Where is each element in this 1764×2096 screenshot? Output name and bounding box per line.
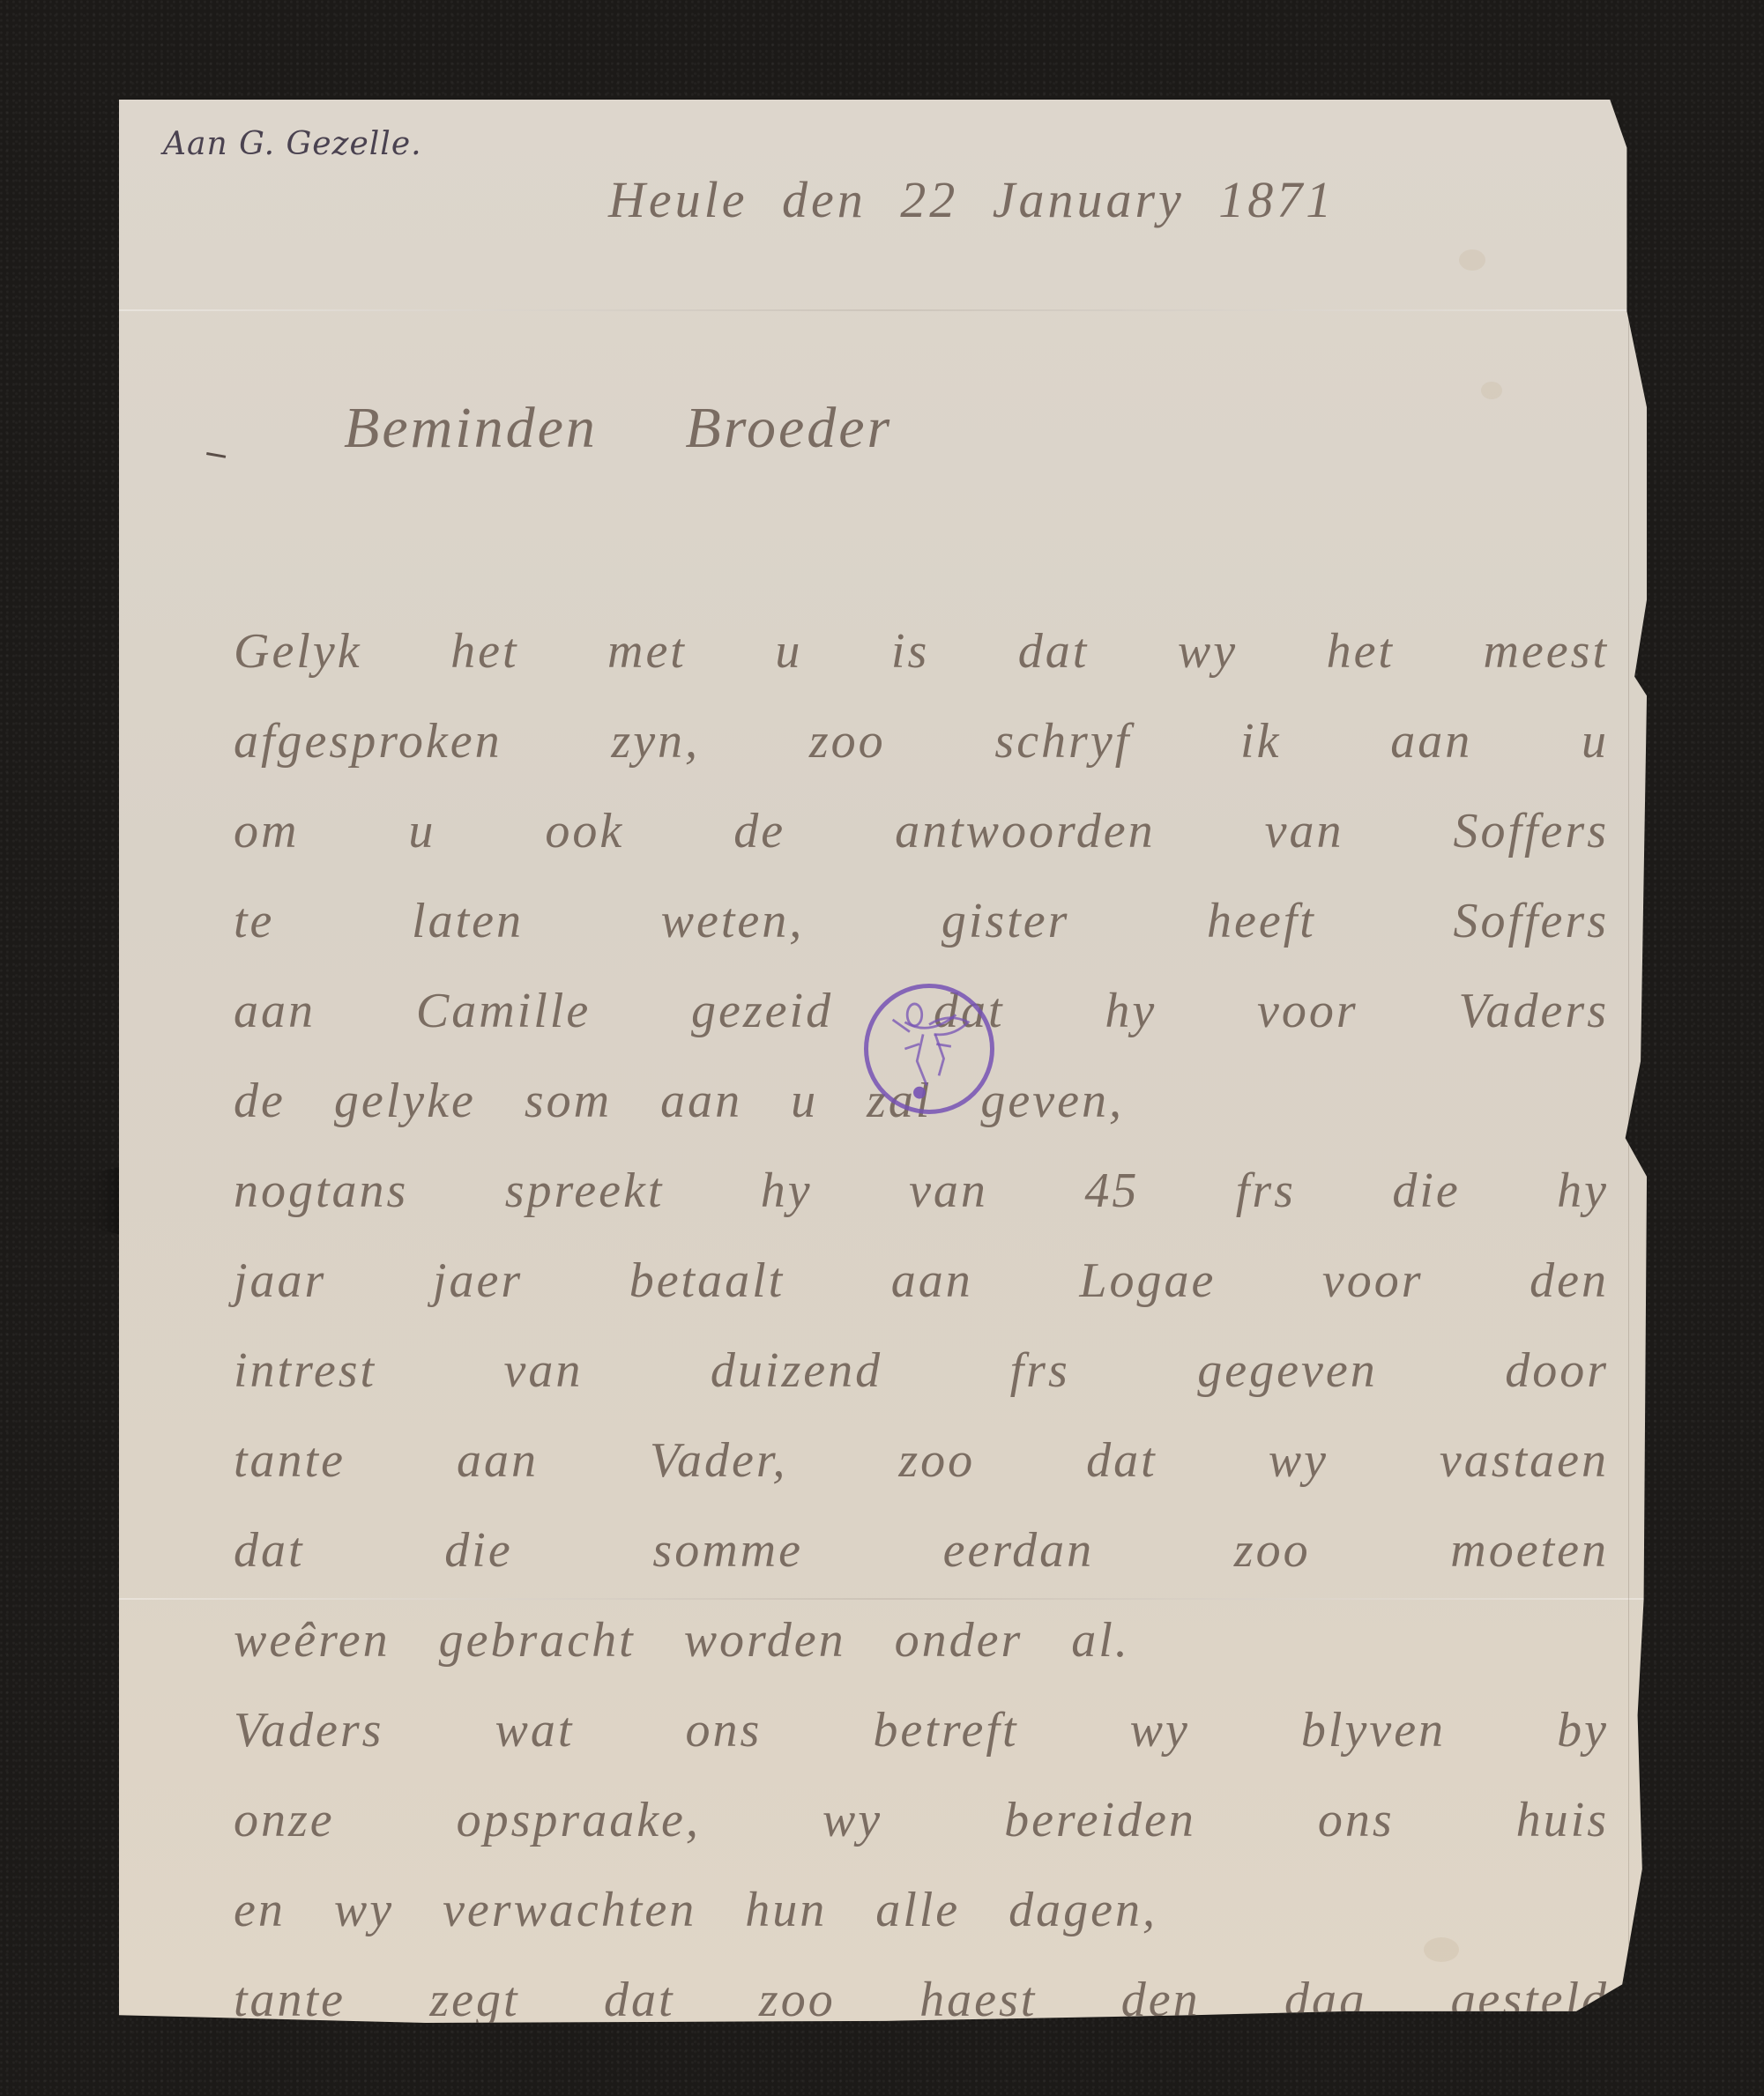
- body-line: en wy verwachten hun alle dagen,: [234, 1865, 1609, 1955]
- body-line: intrest van duizend frs gegeven door: [234, 1326, 1609, 1416]
- body-line: weêren gebracht worden onder al.: [234, 1595, 1609, 1685]
- body-line: tante aan Vader, zoo dat wy vastaen: [234, 1416, 1609, 1505]
- insect-emblem-icon: [868, 988, 990, 1110]
- fold-crease-right: [1628, 100, 1629, 2023]
- letter-salutation: Beminden Broeder: [344, 395, 892, 462]
- archival-annotation: Aan G. Gezelle.: [163, 126, 422, 162]
- margin-mark: [206, 443, 227, 458]
- body-line: jaar jaer betaalt aan Logae voor den: [234, 1236, 1609, 1326]
- letter-dateline: Heule den 22 January 1871: [608, 170, 1335, 229]
- body-line: onze opspraake, wy bereiden ons huis: [234, 1775, 1609, 1865]
- body-line: Gelyk het met u is dat wy het meest: [234, 606, 1609, 696]
- paper-stain: [1481, 382, 1502, 399]
- fold-crease-top: [119, 309, 1653, 311]
- body-line: tante zegt dat zoo haest den dag gesteld: [234, 1955, 1609, 2045]
- body-line: te laten weten, gister heeft Soffers: [234, 876, 1609, 966]
- body-line: Vaders wat ons betreft wy blyven by: [234, 1685, 1609, 1775]
- body-line: afgesproken zyn, zoo schryf ik aan u: [234, 696, 1609, 786]
- body-line: nogtans spreekt hy van 45 frs die hy: [234, 1146, 1609, 1236]
- letter-page: Aan G. Gezelle. Heule den 22 January 187…: [119, 100, 1653, 2023]
- paper-stain: [1459, 249, 1485, 271]
- body-line: om u ook de antwoorden van Soffers: [234, 786, 1609, 876]
- body-line: dat die somme eerdan zoo moeten: [234, 1505, 1609, 1595]
- letter-body: Gelyk het met u is dat wy het meest afge…: [234, 606, 1609, 2045]
- library-stamp: [864, 984, 994, 1114]
